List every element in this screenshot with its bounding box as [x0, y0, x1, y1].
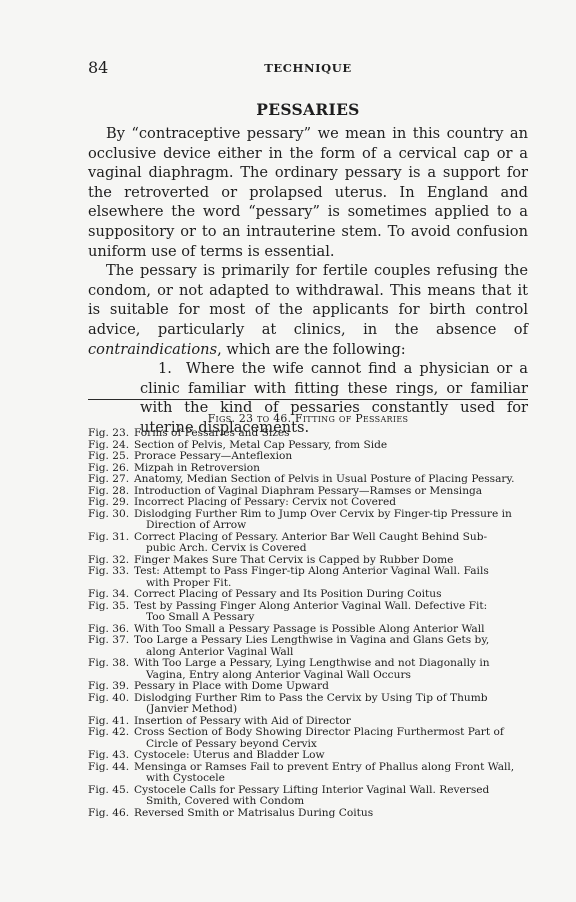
body-text: By “contraceptive pessary” we mean in th…	[88, 124, 528, 438]
figure-list-item: Fig. 43.Cystocele: Uterus and Bladder Lo…	[88, 750, 528, 762]
figure-label: Fig. 43.	[88, 750, 134, 762]
figure-description: Cystocele: Uterus and Bladder Low	[134, 750, 528, 762]
figure-description-line: Reversed Smith or Matrisalus During Coit…	[134, 808, 528, 820]
figure-label: Fig. 46.	[88, 808, 134, 820]
figure-label: Fig. 34.	[88, 589, 134, 601]
figure-list-item: Fig. 29.Incorrect Placing of Pessary: Ce…	[88, 497, 528, 509]
figure-list-item: Fig. 42.Cross Section of Body Showing Di…	[88, 727, 528, 750]
figure-list-item: Fig. 35.Test by Passing Finger Along Ant…	[88, 601, 528, 624]
figure-list-item: Fig. 25.Prorace Pessary—Anteflexion	[88, 451, 528, 463]
book-page: 84 TECHNIQUE PESSARIES By “contraceptive…	[0, 0, 576, 902]
paragraph-indications: The pessary is primarily for fertile cou…	[88, 261, 528, 359]
figure-label: Fig. 39.	[88, 681, 134, 693]
figure-description: Correct Placing of Pessary and Its Posit…	[134, 589, 528, 601]
figure-description-line: Forms of Pessaries and Sizes	[134, 428, 528, 440]
figure-description-line: With Too Large a Pessary, Lying Lengthwi…	[134, 658, 528, 670]
figure-description-line: Test: Attempt to Pass Finger-tip Along A…	[134, 566, 528, 578]
running-head: 84 TECHNIQUE	[88, 58, 528, 78]
figure-description-line: Cross Section of Body Showing Director P…	[134, 727, 528, 739]
figure-list-item: Fig. 34.Correct Placing of Pessary and I…	[88, 589, 528, 601]
figure-description: Correct Placing of Pessary. Anterior Bar…	[134, 532, 528, 555]
figure-label: Fig. 33.	[88, 566, 134, 589]
paragraph-definition: By “contraceptive pessary” we mean in th…	[88, 124, 528, 261]
figure-description: Too Large a Pessary Lies Lengthwise in V…	[134, 635, 528, 658]
figure-list: Fig. 23.Forms of Pessaries and SizesFig.…	[88, 428, 528, 819]
figure-label: Fig. 37.	[88, 635, 134, 658]
figure-description: Cross Section of Body Showing Director P…	[134, 727, 528, 750]
section-title: PESSARIES	[88, 100, 528, 119]
figure-label: Fig. 25.	[88, 451, 134, 463]
figure-description: With Too Large a Pessary, Lying Lengthwi…	[134, 658, 528, 681]
figure-label: Fig. 44.	[88, 762, 134, 785]
figure-list-item: Fig. 37.Too Large a Pessary Lies Lengthw…	[88, 635, 528, 658]
figure-label: Fig. 42.	[88, 727, 134, 750]
figure-description-line: Anatomy, Median Section of Pelvis in Usu…	[134, 474, 528, 486]
figure-description-line: Pessary in Place with Dome Upward	[134, 681, 528, 693]
figure-label: Fig. 23.	[88, 428, 134, 440]
figure-label: Fig. 45.	[88, 785, 134, 808]
figures-caption-title: Figs. 23 to 46. Fitting of Pessaries	[88, 412, 528, 425]
figure-description-line: Cystocele: Uterus and Bladder Low	[134, 750, 528, 762]
figure-description-continuation: Direction of Arrow	[134, 520, 528, 532]
figure-list-item: Fig. 44.Mensinga or Ramses Fail to preve…	[88, 762, 528, 785]
figure-description-line: Incorrect Placing of Pessary: Cervix not…	[134, 497, 528, 509]
figure-list-item: Fig. 39.Pessary in Place with Dome Upwar…	[88, 681, 528, 693]
figure-description-continuation: pubic Arch. Cervix is Covered	[134, 543, 528, 555]
figure-description-continuation: Smith, Covered with Condom	[134, 796, 528, 808]
figure-list-item: Fig. 40.Dislodging Further Rim to Pass t…	[88, 693, 528, 716]
figure-description: Reversed Smith or Matrisalus During Coit…	[134, 808, 528, 820]
figure-description: Mensinga or Ramses Fail to prevent Entry…	[134, 762, 528, 785]
figure-description: Cystocele Calls for Pessary Lifting Inte…	[134, 785, 528, 808]
list-number: 1.	[158, 360, 172, 377]
figure-description: Forms of Pessaries and Sizes	[134, 428, 528, 440]
figure-list-item: Fig. 27.Anatomy, Median Section of Pelvi…	[88, 474, 528, 486]
figure-description: Pessary in Place with Dome Upward	[134, 681, 528, 693]
figure-description: Test: Attempt to Pass Finger-tip Along A…	[134, 566, 528, 589]
figure-list-item: Fig. 46.Reversed Smith or Matrisalus Dur…	[88, 808, 528, 820]
figure-list-item: Fig. 33.Test: Attempt to Pass Finger-tip…	[88, 566, 528, 589]
running-title: TECHNIQUE	[88, 61, 528, 75]
paragraph-text: , which are the following:	[217, 341, 406, 358]
figure-label: Fig. 30.	[88, 509, 134, 532]
figure-list-item: Fig. 23.Forms of Pessaries and Sizes	[88, 428, 528, 440]
figure-description: Dislodging Further Rim to Pass the Cervi…	[134, 693, 528, 716]
figure-description: Prorace Pessary—Anteflexion	[134, 451, 528, 463]
figure-description-continuation: Too Small A Pessary	[134, 612, 528, 624]
paragraph-text: The pessary is primarily for fertile cou…	[88, 262, 528, 338]
figure-label: Fig. 31.	[88, 532, 134, 555]
figure-label: Fig. 35.	[88, 601, 134, 624]
figure-description-continuation: (Janvier Method)	[134, 704, 528, 716]
figure-label: Fig. 38.	[88, 658, 134, 681]
figure-description-line: Correct Placing of Pessary and Its Posit…	[134, 589, 528, 601]
figure-description: Test by Passing Finger Along Anterior Va…	[134, 601, 528, 624]
figure-description-line: Prorace Pessary—Anteflexion	[134, 451, 528, 463]
figure-list-item: Fig. 31.Correct Placing of Pessary. Ante…	[88, 532, 528, 555]
section-divider	[88, 399, 528, 400]
figure-list-item: Fig. 30.Dislodging Further Rim to Jump O…	[88, 509, 528, 532]
figure-label: Fig. 29.	[88, 497, 134, 509]
figure-label: Fig. 40.	[88, 693, 134, 716]
figure-description-line: Too Large a Pessary Lies Lengthwise in V…	[134, 635, 528, 647]
figure-description: Dislodging Further Rim to Jump Over Cerv…	[134, 509, 528, 532]
emphasis-contraindications: contraindications	[88, 341, 217, 358]
figure-list-item: Fig. 45.Cystocele Calls for Pessary Lift…	[88, 785, 528, 808]
figure-description-continuation: with Cystocele	[134, 773, 528, 785]
figure-description: Anatomy, Median Section of Pelvis in Usu…	[134, 474, 528, 486]
figure-label: Fig. 27.	[88, 474, 134, 486]
figure-list-item: Fig. 38.With Too Large a Pessary, Lying …	[88, 658, 528, 681]
figure-description: Incorrect Placing of Pessary: Cervix not…	[134, 497, 528, 509]
